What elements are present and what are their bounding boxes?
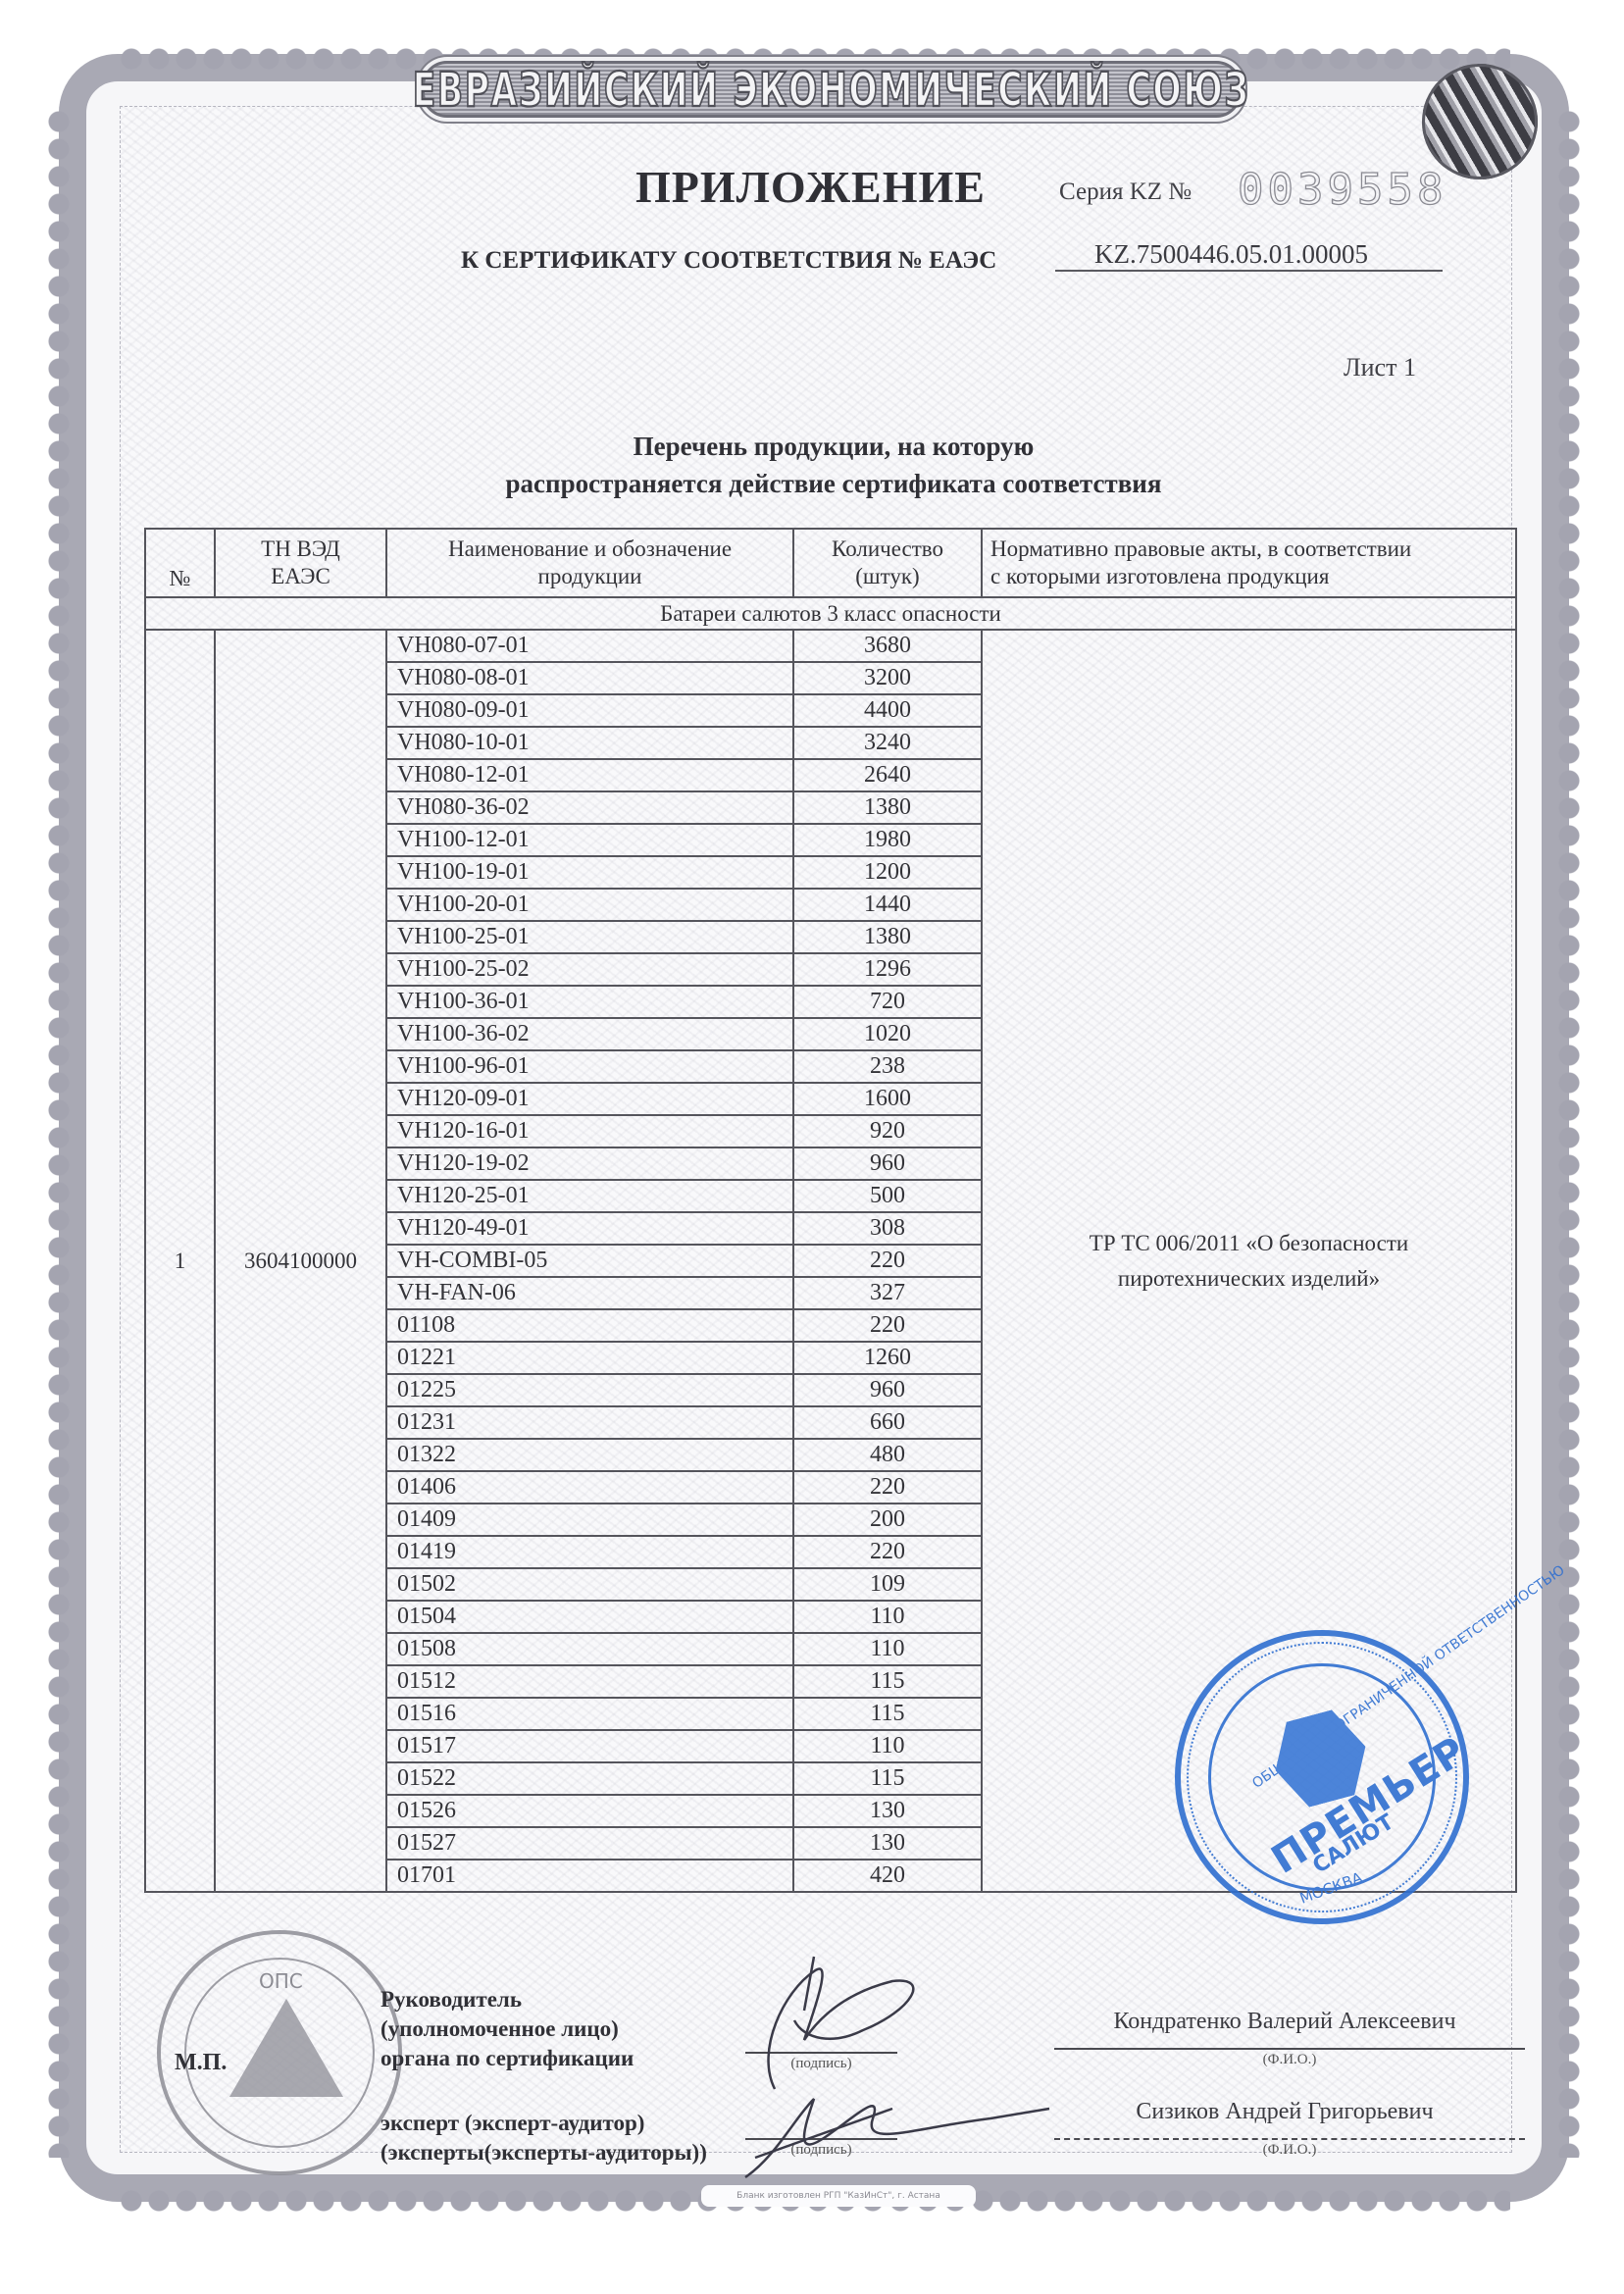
expert-fio-line: [1054, 2138, 1525, 2140]
document-title: ПРИЛОЖЕНИЕ: [635, 161, 986, 213]
certificate-label: К СЕРТИФИКАТУ СООТВЕТСТВИЯ № ЕАЭС: [461, 247, 996, 275]
head-signature-icon: [745, 1952, 961, 2099]
product-name: VH100-36-02: [386, 1018, 793, 1050]
header-tn-ved: ТН ВЭД ЕАЭС: [215, 529, 386, 597]
header-no: №: [145, 529, 215, 597]
product-quantity: 720: [793, 986, 982, 1018]
expert-role: эксперт (эксперт-аудитор) (эксперты(эксп…: [381, 2109, 707, 2167]
product-name: VH100-20-01: [386, 889, 793, 921]
product-name: VH100-36-01: [386, 986, 793, 1018]
union-banner-text: ЕВРАЗИЙСКИЙ ЭКОНОМИЧЕСКИЙ СОЮЗ: [413, 62, 1250, 117]
product-quantity: 920: [793, 1115, 982, 1147]
product-quantity: 1380: [793, 791, 982, 824]
product-quantity: 110: [793, 1633, 982, 1665]
product-quantity: 220: [793, 1536, 982, 1568]
product-name: 01231: [386, 1406, 793, 1439]
product-quantity: 420: [793, 1860, 982, 1892]
table-header-row: № ТН ВЭД ЕАЭС Наименование и обозначение…: [145, 529, 1516, 597]
product-quantity: 115: [793, 1665, 982, 1698]
product-quantity: 3680: [793, 630, 982, 662]
product-name: 01108: [386, 1309, 793, 1342]
border-scallop-right: [1557, 108, 1581, 2158]
product-quantity: 220: [793, 1309, 982, 1342]
product-name: 01527: [386, 1827, 793, 1860]
product-quantity: 500: [793, 1180, 982, 1212]
product-quantity: 327: [793, 1277, 982, 1309]
sheet-number: Лист 1: [1344, 353, 1416, 382]
product-name: VH120-09-01: [386, 1083, 793, 1115]
product-name: VH080-12-01: [386, 759, 793, 791]
product-name: 01502: [386, 1568, 793, 1601]
product-quantity: 1380: [793, 921, 982, 953]
product-name: VH100-12-01: [386, 824, 793, 856]
header-quantity: Количество (штук): [793, 529, 982, 597]
tn-ved-code: 3604100000: [215, 630, 386, 1892]
product-quantity: 1260: [793, 1342, 982, 1374]
product-quantity: 115: [793, 1762, 982, 1795]
product-quantity: 1980: [793, 824, 982, 856]
list-title-line2: распространяется действие сертификата со…: [294, 465, 1373, 502]
seal-place-label: М.П.: [175, 2050, 227, 2076]
product-quantity: 110: [793, 1730, 982, 1762]
expert-name: Сизиков Андрей Григорьевич: [1079, 2099, 1491, 2125]
product-quantity: 1296: [793, 953, 982, 986]
product-name: 01701: [386, 1860, 793, 1892]
serial-number: 0039558: [1238, 165, 1446, 215]
product-list-title: Перечень продукции, на которую распростр…: [294, 428, 1373, 502]
header-regulations: Нормативно правовые акты, в соответствии…: [982, 529, 1516, 597]
product-name: 01517: [386, 1730, 793, 1762]
product-quantity: 3240: [793, 727, 982, 759]
hologram-emblem-icon: [1422, 64, 1538, 179]
product-quantity: 200: [793, 1504, 982, 1536]
product-name: 01526: [386, 1795, 793, 1827]
product-quantity: 660: [793, 1406, 982, 1439]
product-quantity: 4400: [793, 694, 982, 727]
product-name: VH080-10-01: [386, 727, 793, 759]
product-quantity: 130: [793, 1827, 982, 1860]
union-banner: ЕВРАЗИЙСКИЙ ЭКОНОМИЧЕСКИЙ СОЮЗ: [422, 61, 1242, 118]
product-name: VH120-16-01: [386, 1115, 793, 1147]
product-quantity: 238: [793, 1050, 982, 1083]
company-seal: ОБЩЕСТВО С ОГРАНИЧЕННОЙ ОТВЕТСТВЕННОСТЬЮ…: [1175, 1630, 1469, 1924]
product-quantity: 1600: [793, 1083, 982, 1115]
product-quantity: 130: [793, 1795, 982, 1827]
product-quantity: 2640: [793, 759, 982, 791]
product-quantity: 1200: [793, 856, 982, 889]
product-name: 01406: [386, 1471, 793, 1504]
product-name: 01225: [386, 1374, 793, 1406]
product-quantity: 308: [793, 1212, 982, 1245]
head-fio-line: [1054, 2048, 1525, 2050]
form-manufacturer-note: Бланк изготовлен РГП "КазИнСт", г. Астан…: [701, 2185, 976, 2207]
product-name: VH100-96-01: [386, 1050, 793, 1083]
category-row: Батареи салютов 3 класс опасности: [145, 597, 1516, 630]
row-number: 1: [145, 630, 215, 1892]
product-quantity: 960: [793, 1147, 982, 1180]
product-quantity: 1440: [793, 889, 982, 921]
product-name: VH080-07-01: [386, 630, 793, 662]
table-row: 13604100000VH080-07-013680ТР ТС 006/2011…: [145, 630, 1516, 662]
series-label: Серия KZ №: [1059, 178, 1192, 206]
product-quantity: 960: [793, 1374, 982, 1406]
product-name: VH120-19-02: [386, 1147, 793, 1180]
product-name: 01522: [386, 1762, 793, 1795]
head-role: Руководитель (уполномоченное лицо) орган…: [381, 1985, 634, 2073]
product-name: VH100-19-01: [386, 856, 793, 889]
product-name: 01516: [386, 1698, 793, 1730]
product-name: VH080-08-01: [386, 662, 793, 694]
category-label: Батареи салютов 3 класс опасности: [145, 597, 1516, 630]
product-name: VH120-25-01: [386, 1180, 793, 1212]
product-quantity: 110: [793, 1601, 982, 1633]
product-name: VH-FAN-06: [386, 1277, 793, 1309]
product-name: VH100-25-01: [386, 921, 793, 953]
product-quantity: 220: [793, 1245, 982, 1277]
product-name: 01512: [386, 1665, 793, 1698]
product-name: VH080-36-02: [386, 791, 793, 824]
product-quantity: 3200: [793, 662, 982, 694]
triangle-logo-icon: [229, 1999, 343, 2097]
product-quantity: 220: [793, 1471, 982, 1504]
product-quantity: 480: [793, 1439, 982, 1471]
product-name: 01504: [386, 1601, 793, 1633]
product-name: VH080-09-01: [386, 694, 793, 727]
product-name: 01409: [386, 1504, 793, 1536]
product-name: VH120-49-01: [386, 1212, 793, 1245]
expert-signature-icon: [736, 2079, 1059, 2187]
product-name: VH-COMBI-05: [386, 1245, 793, 1277]
header-product-name: Наименование и обозначение продукции: [386, 529, 793, 597]
product-name: 01221: [386, 1342, 793, 1374]
head-name: Кондратенко Валерий Алексеевич: [1079, 2009, 1491, 2035]
product-quantity: 1020: [793, 1018, 982, 1050]
product-name: 01419: [386, 1536, 793, 1568]
product-quantity: 115: [793, 1698, 982, 1730]
ops-label: ОПС: [259, 1969, 303, 1993]
product-name: 01508: [386, 1633, 793, 1665]
product-quantity: 109: [793, 1568, 982, 1601]
head-fio-caption: (Ф.И.О.): [1054, 2052, 1525, 2068]
border-scallop-left: [47, 108, 71, 2158]
expert-fio-caption: (Ф.И.О.): [1054, 2142, 1525, 2159]
certificate-number: KZ.7500446.05.01.00005: [1055, 239, 1443, 272]
list-title-line1: Перечень продукции, на которую: [294, 428, 1373, 465]
product-name: 01322: [386, 1439, 793, 1471]
product-name: VH100-25-02: [386, 953, 793, 986]
